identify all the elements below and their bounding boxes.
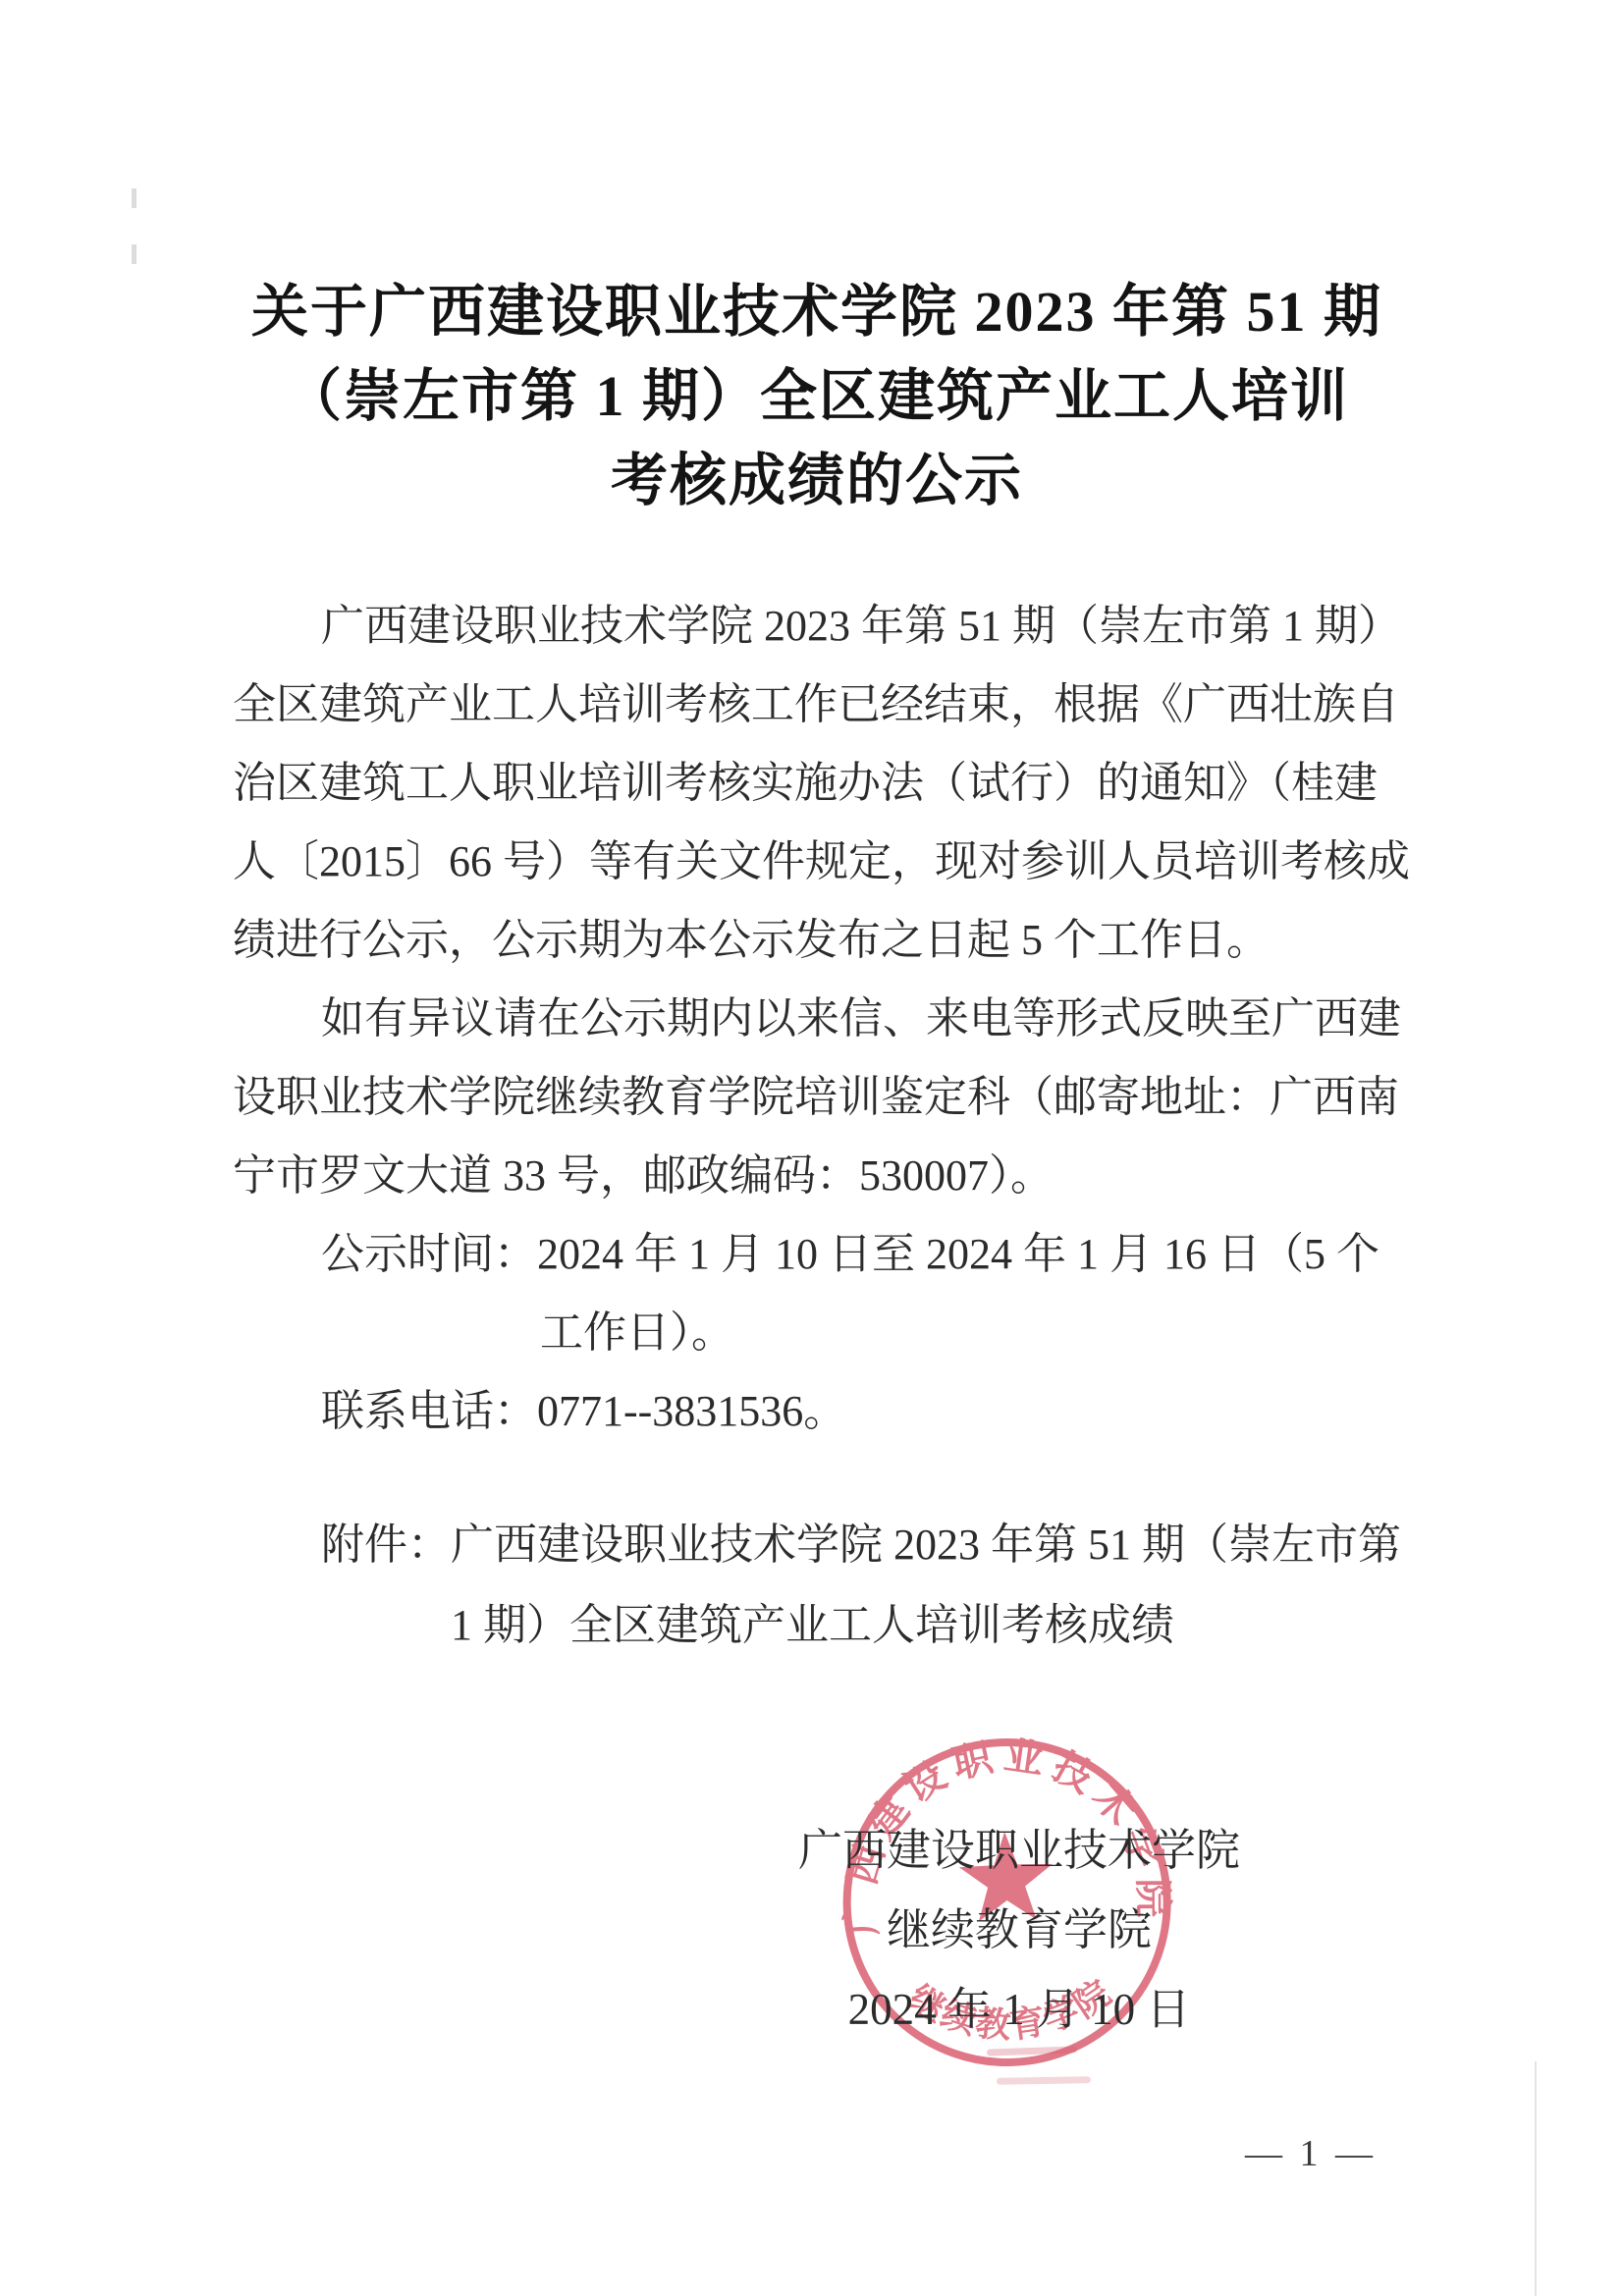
title-line-1: 关于广西建设职业技术学院 2023 年第 51 期 (233, 270, 1401, 354)
title-line-2: （崇左市第 1 期）全区建筑产业工人培训 (233, 354, 1401, 439)
body-line: 宁市罗文大道 33 号，邮政编码：530007）。 (233, 1137, 1401, 1215)
attachment-section: 附件：广西建设职业技术学院 2023 年第 51 期（崇左市第 1 期）全区建筑… (233, 1505, 1401, 1666)
body-line: 人〔2015〕66 号）等有关文件规定，现对参训人员培训考核成 (233, 823, 1401, 901)
notice-time-line: 公示时间：2024 年 1 月 10 日至 2024 年 1 月 16 日（5 … (233, 1215, 1401, 1294)
body-line: 如有异议请在公示期内以来信、来电等形式反映至广西建 (233, 980, 1401, 1058)
title-line-3: 考核成绩的公示 (233, 439, 1401, 523)
signature-date: 2024 年 1 月 10 日 (797, 1970, 1241, 2050)
page-number: — 1 — (1237, 2132, 1384, 2175)
signature-block: 广西建设职业技术学院 继续教育学院 2024 年 1 月 10 日 (797, 1811, 1241, 2050)
document-body: 广西建设职业技术学院 2023 年第 51 期（崇左市第 1 期） 全区建筑产业… (233, 587, 1401, 1451)
scan-mark-artifact (132, 188, 136, 208)
attachment-line: 1 期）全区建筑产业工人培训考核成绩 (233, 1585, 1401, 1666)
scan-edge-artifact (1535, 2061, 1537, 2296)
body-line: 治区建筑工人职业培训考核实施办法（试行）的通知》（桂建 (233, 744, 1401, 823)
body-line: 广西建设职业技术学院 2023 年第 51 期（崇左市第 1 期） (233, 587, 1401, 666)
document-page: 关于广西建设职业技术学院 2023 年第 51 期 （崇左市第 1 期）全区建筑… (0, 0, 1622, 2296)
signature-org: 广西建设职业技术学院 (797, 1811, 1241, 1891)
body-line: 绩进行公示，公示期为本公示发布之日起 5 个工作日。 (233, 901, 1401, 980)
contact-phone-line: 联系电话：0771--3831536。 (233, 1372, 1401, 1451)
signature-dept: 继续教育学院 (797, 1891, 1241, 1970)
document-title: 关于广西建设职业技术学院 2023 年第 51 期 （崇左市第 1 期）全区建筑… (233, 270, 1401, 523)
scan-mark-artifact (132, 244, 136, 264)
attachment-line: 附件：广西建设职业技术学院 2023 年第 51 期（崇左市第 (233, 1505, 1401, 1585)
body-line: 设职业技术学院继续教育学院培训鉴定科（邮寄地址：广西南 (233, 1058, 1401, 1137)
body-line: 全区建筑产业工人培训考核工作已经结束，根据《广西壮族自 (233, 666, 1401, 744)
notice-time-line: 工作日）。 (233, 1294, 1401, 1372)
